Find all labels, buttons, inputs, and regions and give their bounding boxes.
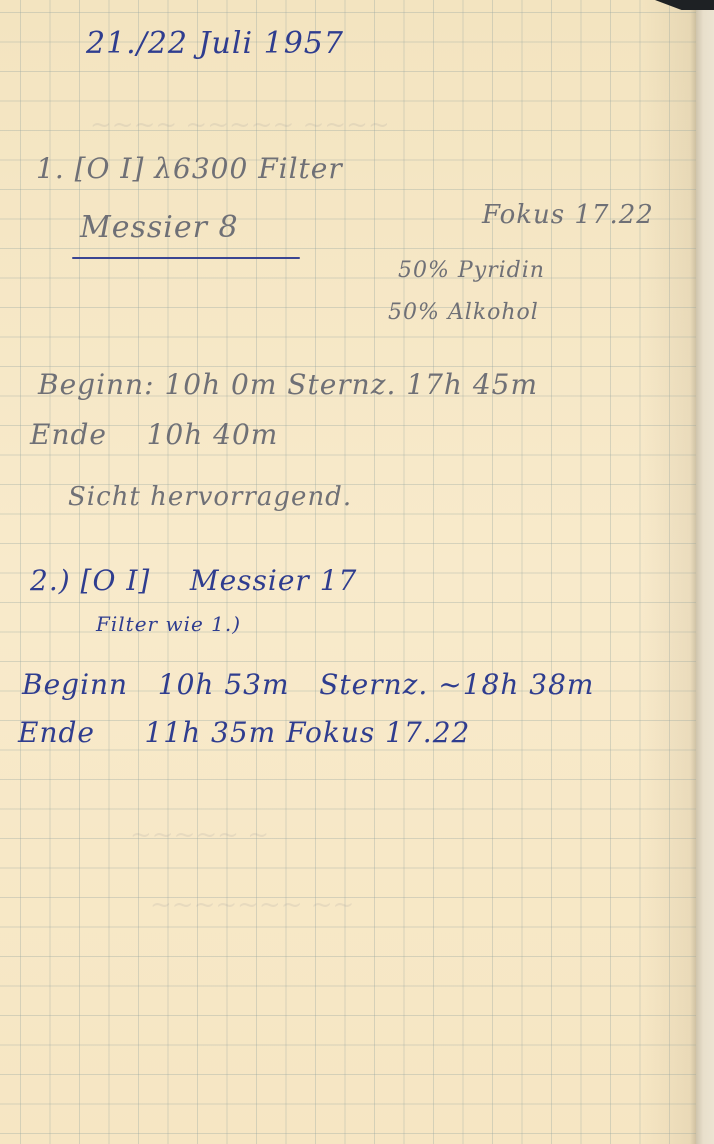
entry-1-number: 1. [36, 152, 65, 185]
entry-2-end-time: 11h 35m [144, 716, 276, 749]
entry-1-begin-label: Beginn: [38, 368, 155, 401]
entry-1-object: Messier 8 [80, 210, 239, 245]
entry-2-begin-time: 10h 53m [158, 668, 290, 701]
page-spine-edge [696, 0, 714, 1144]
entry-1-sidereal-time: 17h 45m [406, 368, 538, 401]
entry-1-begin-time: 10h 0m [164, 368, 277, 401]
entry-2-object: Messier 17 [190, 564, 357, 597]
entry-2-filter-note: Filter wie 1.) [96, 612, 241, 636]
entry-1-object-underline [72, 257, 300, 259]
entry-1-end-time: 10h 40m [147, 418, 279, 451]
entry-1-filter: [O I] λ6300 Filter [75, 152, 343, 185]
entry-1-developer-2: 50% Alkohol [388, 300, 539, 325]
bleed-through-text: ~~~~~~~ ~~ [150, 890, 354, 920]
entry-1-sidereal-label: Sternz. [287, 368, 396, 401]
entry-2-end-label: Ende [18, 716, 95, 749]
entry-1-end-label: Ende [30, 418, 107, 451]
entry-2-number: 2.) [30, 564, 71, 597]
entry-2-filter: [O I] [81, 564, 151, 597]
entry-1-focus: Fokus 17.22 [482, 200, 654, 230]
entry-1-developer-1: 50% Pyridin [398, 258, 545, 283]
entry-2-focus: Fokus 17.22 [286, 716, 470, 749]
entry-1-begin-line: Beginn: 10h 0m Sternz. 17h 45m [38, 368, 538, 401]
entry-2-sidereal-label: Sternz. [319, 668, 428, 701]
entry-2-begin-line: Beginn 10h 53m Sternz. ~18h 38m [22, 668, 594, 701]
entry-2-header: 2.) [O I] Messier 17 [30, 564, 357, 597]
entry-2-sidereal-time: ~18h 38m [438, 668, 594, 701]
date-line: 21./22 Juli 1957 [86, 26, 344, 61]
notebook-page: ~~~~ ~~~~~ ~~~~ ~~~~~ ~ ~~~~~~~ ~~ 21./2… [0, 0, 714, 1144]
entry-2-begin-label: Beginn [22, 668, 128, 701]
bleed-through-text: ~~~~ ~~~~~ ~~~~ [90, 110, 390, 140]
entry-1-end-line: Ende 10h 40m [30, 418, 278, 451]
entry-2-end-line: Ende 11h 35m Fokus 17.22 [18, 716, 470, 749]
entry-1-seeing: Sicht hervorragend. [68, 482, 352, 512]
entry-1-filter-line: 1. [O I] λ6300 Filter [36, 152, 343, 185]
bleed-through-text: ~~~~~ ~ [130, 820, 269, 850]
